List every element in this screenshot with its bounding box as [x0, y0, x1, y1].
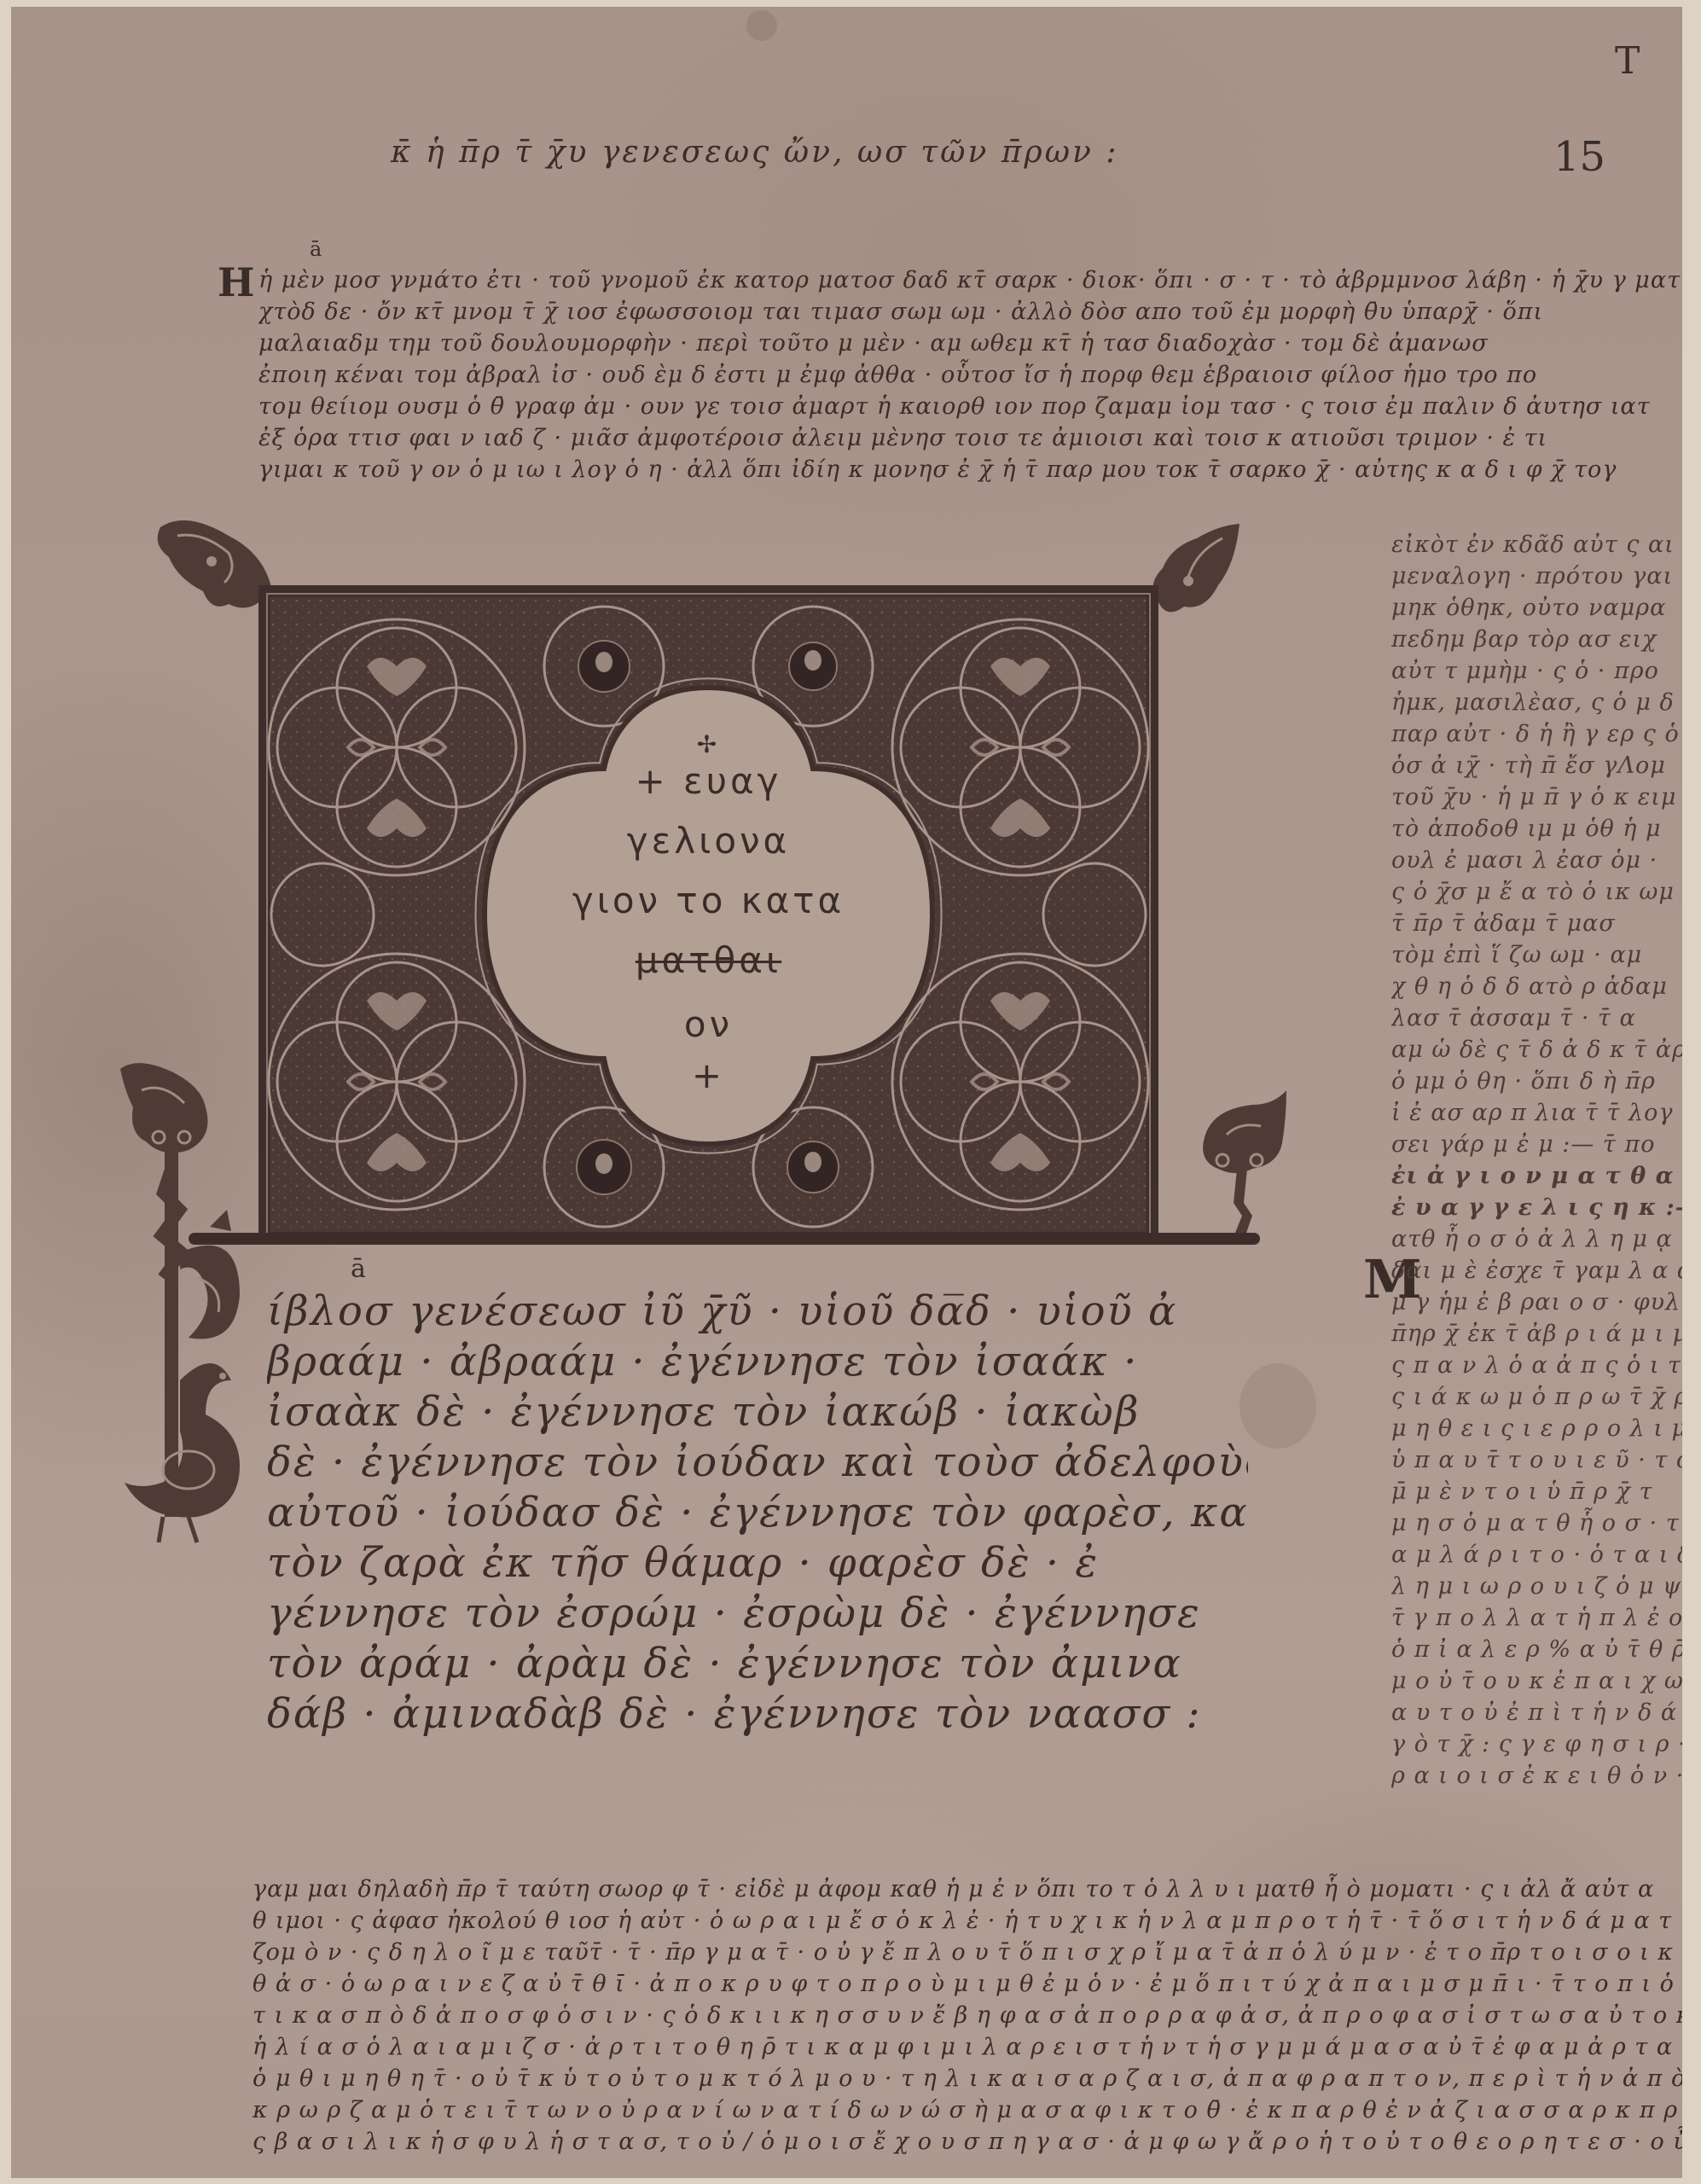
catena-line: ὁ π ἰ α λ ε ρ % α ὐ τ̄ θ ρ̄ π̄ι ·: [1391, 1634, 1682, 1665]
commentary-line: ζομ ὸ ν · ς δ η λ ο ῖ μ ε ταῦτ̄ · τ̄ · π…: [253, 1937, 1682, 1968]
folio-mark: Τ: [1615, 39, 1640, 83]
commentary-line: ἐποιη κέναι τομ ἀβραλ ἰσ · ουδ ὲμ δ ἐστι…: [258, 359, 1682, 391]
tree-ornament-right: [1193, 1083, 1295, 1246]
gospel-line: δάβ · ἀμιναδὰβ δὲ · ἐγέννησε τὸν ναασσ :: [267, 1689, 1248, 1740]
commentary-line: τομ θείιομ ουσμ ὁ θ̄ γραφ ἀμ · ουν γε το…: [258, 391, 1682, 422]
catena-line: τὸμ ἐπὶ ἵ ζω ωμ · αμ: [1391, 939, 1682, 971]
gospel-line: ίβλοσ γενέσεωσ ἰῦ χ̄ῦ · υἱοῦ δα̅δ · υἱοῦ…: [267, 1287, 1248, 1337]
stain: [1239, 1363, 1316, 1449]
catena-line: σει γάρ μ ἐ μ :— τ̄ πο: [1391, 1129, 1682, 1160]
catena-line: εἰκὸτ ἐν κδᾶδ αὐτ ς αι: [1391, 529, 1682, 561]
title-line: ον: [258, 1003, 1158, 1045]
catena-line: ὁσ ἀ ιχ̄ · τὴ π̄ ἔσ γΛομ: [1391, 750, 1682, 781]
commentary-line: κ ρ ω ρ ζ α μ ὁ τ ε ι τ̄ τ ω ν ο ὐ ρ α ν…: [253, 2094, 1682, 2126]
catena-line: λασ τ̄ ἀσσαμ τ̄ · τ̄ α: [1391, 1002, 1682, 1034]
title-line: + ευαγ: [258, 760, 1158, 802]
commentary-line: γιμαι κ τοῦ γ ον ὁ μ ιω ι λογ ὁ η · ἀλλ …: [258, 454, 1682, 485]
catena-line: ὑ π α υ τ̄ τ ο υ ι ε ῦ · τ ο ὅ π ι: [1391, 1444, 1682, 1476]
catena-line: α μ λ ά ρ ι τ ο · ὁ τ α ι δ ἡ μ ο: [1391, 1539, 1682, 1571]
catena-line: τὸ ἀποδοθ ιμ μ ὁθ ἡ μ: [1391, 813, 1682, 845]
catena-line: ρ α ι ο ι σ ἐ κ ε ι θ ὁ ν · ἀ π ο: [1391, 1760, 1682, 1792]
gospel-text-block: ίβλοσ γενέσεωσ ἰῦ χ̄ῦ · υἱοῦ δα̅δ · υἱοῦ…: [267, 1287, 1248, 1740]
running-head: κ̄ ἡ π̄ρ τ̄ χ̄υ γενεσεως ὤν, ωσ τῶν π̄ρω…: [391, 135, 1118, 170]
catena-line: αὐτ τ μμὴμ · ς ὁ · προ: [1391, 655, 1682, 687]
catena-line: μ η σ ὁ μ α τ θ ἧ ο σ · τ ὁ λ: [1391, 1507, 1682, 1539]
commentary-line: ἡ λ ί α σ ὁ λ α ι α μ ι ζ σ · ἀ ρ τ ι τ …: [253, 2031, 1682, 2063]
catena-line: πεδημ βαρ τὸρ ασ ειχ: [1391, 624, 1682, 655]
commentary-bottom-block: γαμ μαι δηλαδὴ π̄ρ τ̄ ταύτη σωορ φ τ̄ · …: [253, 1873, 1682, 2158]
catena-line: παρ αὐτ · δ ἡ ἢ γ ερ ς ὁ: [1391, 718, 1682, 750]
commentary-line: θ ιμοι · ς ἀφασ ἠκολού θ ιοσ ἡ αὐτ · ὁ ω…: [253, 1905, 1682, 1937]
catena-line: δαι μ ὲ ἐσχε τ̄ γαμ λ α α: [1391, 1255, 1682, 1287]
gospel-line: γέννησε τὸν ἐσρώμ · ἐσρὼμ δὲ · ἐγέννησε: [267, 1589, 1248, 1639]
catena-line: τοῦ χ̄υ · ἡ μ π̄ γ ὁ κ ειμ: [1391, 781, 1682, 813]
section-number-mark: ā: [310, 237, 322, 261]
folio-number: 15: [1553, 133, 1605, 181]
catena-line: π̄ηρ χ̄ ἐκ τ̄ ἀβ ρ ι ά μ ι μ: [1391, 1318, 1682, 1350]
title-ornament-dots: ✢: [258, 730, 1158, 758]
catena-line: ουλ ἐ μασι λ ἐασ ὁμ ·: [1391, 845, 1682, 876]
illuminated-headpiece: ✢ + ευαγ γελιονα γιον το κατα ματθαι ον …: [258, 585, 1158, 1244]
catena-line: ὁ μμ ὁ θη · ὅπι δ ὴ π̄ρ: [1391, 1066, 1682, 1097]
catena-line: μ η θ ε ι ς ι ε ρ ρ ο λ ι μ ὲ ὅπι: [1391, 1413, 1682, 1444]
commentary-top-block: ἡ μὲν μοσ γνμάτο ἐτι · τοῦ γνομοῦ ἐκ κατ…: [216, 264, 1682, 485]
catena-line: ς π α ν λ ὁ α ἀ π ς ὁ ι τ ο ι: [1391, 1350, 1682, 1381]
gospel-line: αὐτοῦ · ἰούδασ δὲ · ἐγέννησε τὸν φαρὲσ, …: [267, 1488, 1248, 1538]
commentary-line: ἐξ ὁρα ττισ φαι ν ιαδ ζ · μιᾶσ ἀμφοτέροι…: [258, 422, 1682, 454]
commentary-line: θ ἀ σ · ὁ ω ρ α ι ν ε ζ α ὐ τ̄ θ ῑ · ἀ π…: [253, 1968, 1682, 2000]
catena-line: μεναλογη · πρότου γαι: [1391, 561, 1682, 592]
manuscript-photograph: Τ 15 κ̄ ἡ π̄ρ τ̄ χ̄υ γενεσεως ὤν, ωσ τῶν…: [11, 7, 1682, 2178]
catena-line: ἰ ἐ ασ αρ π λια τ̄ τ̄ λογ: [1391, 1097, 1682, 1129]
catena-line: μ γ ἡμ ἐ β ραι ο σ · φυλ ἡ: [1391, 1287, 1682, 1318]
stain: [746, 10, 777, 41]
catena-line: α υ τ ο ὐ ἐ π ὶ τ ἡ ν δ ά μ α ι: [1391, 1697, 1682, 1728]
title-line: ματθαι: [258, 939, 1158, 981]
catena-line: μ̄ μ ὲ ν τ ο ι ὑ π̄ ρ χ̄ τ: [1391, 1476, 1682, 1507]
catena-line: ς ι ά κ ω μ ὁ π ρ ω τ̄ χ̄ ρ: [1391, 1381, 1682, 1413]
gospel-line: τὸν ζαρὰ ἐκ τῆσ θάμαρ · φαρὲσ δὲ · ἐ: [267, 1538, 1248, 1589]
commentary-line: ς β α σ ι λ ι κ ἡ σ φ υ λ ἡ σ τ α σ, τ ο…: [253, 2126, 1682, 2158]
catena-line: τ̄ γ π ο λ λ α τ ἡ π λ ἐ ο μ ε: [1391, 1602, 1682, 1634]
title-line: γιον το κατα: [258, 880, 1158, 921]
headpiece-base-bar: [189, 1233, 1260, 1245]
catena-line: ς ὁ χ̄σ μ ἔ α τὸ ὁ ικ ωμ: [1391, 876, 1682, 908]
catena-line: τ̄ π̄ρ τ̄ ἀδαμ τ̄ μασ: [1391, 908, 1682, 939]
catena-line: χ θ η ὁ δ δ ατὸ ρ ἀδαμ: [1391, 971, 1682, 1002]
chapter-number-mark: ā: [351, 1254, 366, 1284]
catena-line: ατθ ἧ ο σ ὁ ἀ λ λ η μ ᾳ · π: [1391, 1223, 1682, 1255]
gospel-line: ἰσαὰκ δὲ · ἐγέννησε τὸν ἰακώβ · ἰακὼβ: [267, 1387, 1248, 1438]
commentary-line: μαλαιαδμ τημ τοῦ δουλουμορφὴν · περὶ τοῦ…: [258, 328, 1682, 359]
catena-line: λ η μ ι ω ρ ο υ ι ζ ὁ μ ψ · ζ ο: [1391, 1571, 1682, 1602]
gospel-line: τὸν ἀράμ · ἀρὰμ δὲ · ἐγέννησε τὸν ἀμινα: [267, 1639, 1248, 1689]
marginal-commentary-column: εἰκὸτ ἐν κδᾶδ αὐτ ς αι μεναλογη · πρότου…: [1391, 529, 1682, 1792]
catena-line: μηκ ὁθηκ, οὐτο ναμρα: [1391, 592, 1682, 624]
commentary-line: ὁ μ θ ι μ η θ η τ̄ · ο ὐ τ̄ κ ὑ τ ο ὐ τ …: [253, 2063, 1682, 2094]
commentary-line: γαμ μαι δηλαδὴ π̄ρ τ̄ ταύτη σωορ φ τ̄ · …: [253, 1873, 1682, 1905]
title-cross: +: [258, 1054, 1158, 1096]
commentary-line: τ ι κ α σ π ὸ δ ἀ π ο σ φ ὁ σ ι ν · ς ὁ …: [253, 2000, 1682, 2031]
gospel-line: βραάμ · ἀβραάμ · ἐγέννησε τὸν ἰσαάκ ·: [267, 1337, 1248, 1387]
catena-heading: ἐι ἀ γ ι ο ν μ α τ θ α ι ο ν: [1391, 1160, 1682, 1192]
catena-line: ἡμκ, μασιλὲασ, ς ὁ μ δ: [1391, 687, 1682, 718]
commentary-line: χτὸδ δε · ὄν κτ̄ μνομ τ̄ χ̄ ιοσ ἐφωσσοιο…: [258, 296, 1682, 328]
catena-line: μ ο ὐ τ̄ ο υ κ ἐ π α ι χ ω ι: [1391, 1665, 1682, 1697]
zoomorphic-initial-beta: [112, 1056, 274, 1551]
catena-heading: ἐ υ α γ γ ε λ ι ς η κ :—: [1391, 1192, 1682, 1223]
catena-line: αμ ὡ δὲ ς τ̄ δ ἀ δ κ τ̄ ἀρ: [1391, 1034, 1682, 1066]
gospel-line: δὲ · ἐγέννησε τὸν ἰούδαν καὶ τοὺσ ἀδελφο…: [267, 1438, 1248, 1488]
commentary-line: ἡ μὲν μοσ γνμάτο ἐτι · τοῦ γνομοῦ ἐκ κατ…: [258, 264, 1682, 296]
title-line: γελιονα: [258, 820, 1158, 862]
catena-line: γ ὸ τ χ̄ : ς γ ε φ η σ ι ρ · ὁ: [1391, 1728, 1682, 1760]
